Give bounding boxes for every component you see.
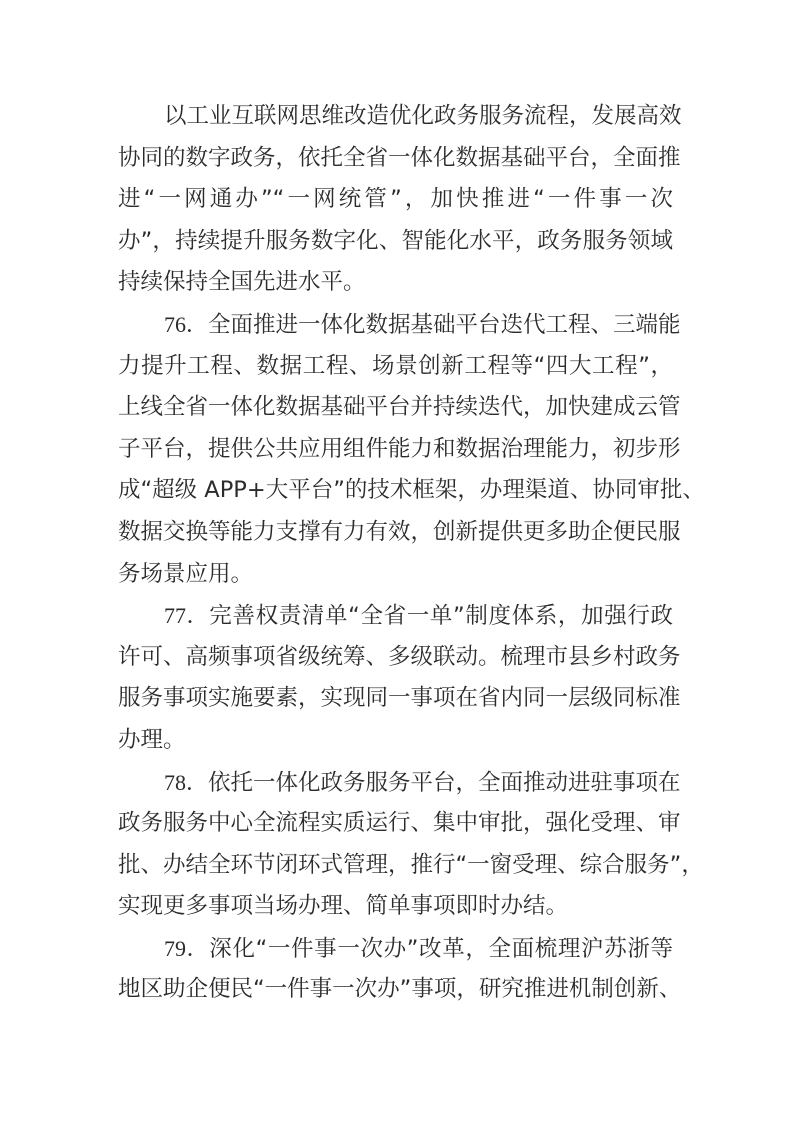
text-line-content: 全面推进一体化数据基础平台迭代工程、三端能 [208, 312, 681, 338]
text-line: 批、办结全环节闭环式管理，推行“一窗受理、综合服务”， [118, 845, 673, 887]
text-line: 地区助企便民“一件事一次办”事项，研究推进机制创新、 [118, 969, 673, 1011]
document-body: 以工业互联网思维改造优化政务服务流程，发展高效 协同的数字政务，依托全省一体化数… [118, 96, 673, 1011]
text-line: 许可、高频事项省级统筹、多级联动。梳理市县乡村政务 [118, 637, 673, 679]
text-line: 服务事项实施要素，实现同一事项在省内同一层级同标准 [118, 678, 673, 720]
paragraph-79: 79．深化“一件事一次办”改革，全面梳理沪苏浙等 地区助企便民“一件事一次办”事… [118, 928, 673, 1011]
text-line: 数据交换等能力支撑有力有效，创新提供更多助企便民服 [118, 512, 673, 554]
text-line-content: 依托一体化政务服务平台，全面推动进驻事项在 [208, 770, 681, 796]
text-line: 成“超级 APP+大平台”的技术框架，办理渠道、协同审批、 [118, 470, 673, 512]
text-line: 办”，持续提升服务数字化、智能化水平，政务服务领域 [118, 221, 673, 263]
item-number: 77． [164, 603, 209, 628]
paragraph-76: 76．全面推进一体化数据基础平台迭代工程、三端能 力提升工程、数据工程、场景创新… [118, 304, 673, 595]
text-line: 76．全面推进一体化数据基础平台迭代工程、三端能 [118, 304, 673, 346]
paragraph-intro: 以工业互联网思维改造优化政务服务流程，发展高效 协同的数字政务，依托全省一体化数… [118, 96, 673, 304]
text-line: 78．依托一体化政务服务平台，全面推动进驻事项在 [118, 762, 673, 804]
text-line: 协同的数字政务，依托全省一体化数据基础平台，全面推 [118, 138, 673, 180]
text-line: 力提升工程、数据工程、场景创新工程等“四大工程”， [118, 346, 673, 388]
text-line: 政务服务中心全流程实质运行、集中审批，强化受理、审 [118, 803, 673, 845]
text-line-content: 完善权责清单“全省一单”制度体系，加强行政 [209, 603, 673, 629]
text-line: 实现更多事项当场办理、简单事项即时办结。 [118, 886, 673, 928]
text-line-content: 深化“一件事一次办”改革，全面梳理沪苏浙等 [209, 936, 673, 962]
text-line: 持续保持全国先进水平。 [118, 262, 673, 304]
text-line: 以工业互联网思维改造优化政务服务流程，发展高效 [118, 96, 673, 138]
text-line: 办理。 [118, 720, 673, 762]
text-line: 务场景应用。 [118, 554, 673, 596]
text-line: 79．深化“一件事一次办”改革，全面梳理沪苏浙等 [118, 928, 673, 970]
text-line: 子平台，提供公共应用组件能力和数据治理能力，初步形 [118, 429, 673, 471]
text-line: 77．完善权责清单“全省一单”制度体系，加强行政 [118, 595, 673, 637]
paragraph-78: 78．依托一体化政务服务平台，全面推动进驻事项在 政务服务中心全流程实质运行、集… [118, 762, 673, 928]
item-number: 76． [164, 312, 208, 337]
document-page: 以工业互联网思维改造优化政务服务流程，发展高效 协同的数字政务，依托全省一体化数… [0, 0, 793, 1122]
paragraph-77: 77．完善权责清单“全省一单”制度体系，加强行政 许可、高频事项省级统筹、多级联… [118, 595, 673, 761]
text-line: 上线全省一体化数据基础平台并持续迭代，加快建成云管 [118, 387, 673, 429]
item-number: 78． [164, 770, 208, 795]
text-line: 进“一网通办”“一网统管”，加快推进“一件事一次 [118, 179, 673, 221]
item-number: 79． [164, 936, 209, 961]
